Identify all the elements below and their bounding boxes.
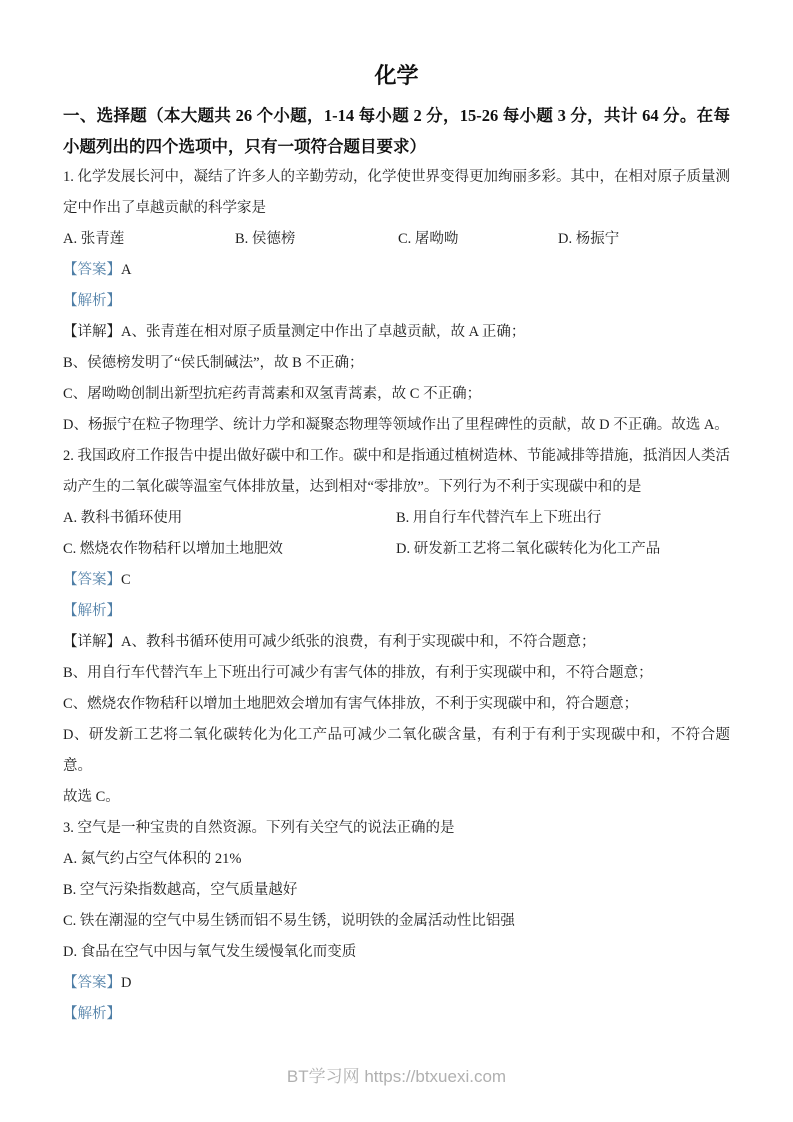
- section-header-choice-questions: 一、选择题（本大题共 26 个小题，1-14 每小题 2 分，15-26 每小题…: [63, 100, 730, 162]
- document-content: 一、选择题（本大题共 26 个小题，1-14 每小题 2 分，15-26 每小题…: [63, 100, 730, 1030]
- question-3-answer: 【答案】D: [63, 968, 730, 999]
- answer-value: D: [121, 975, 131, 991]
- answer-value: C: [121, 572, 131, 588]
- option-item: C. 燃烧农作物秸秆以增加土地肥效: [63, 534, 396, 565]
- option-item: D. 杨振宁: [558, 224, 730, 255]
- question-1-options: A. 张青莲B. 侯德榜C. 屠呦呦D. 杨振宁: [63, 224, 730, 255]
- document-title: 化学: [63, 58, 730, 94]
- answer-label: 【答案】: [63, 572, 121, 588]
- question-3-stem: 3. 空气是一种宝贵的自然资源。下列有关空气的说法正确的是: [63, 813, 730, 844]
- question-2-analysis: 【解析】: [63, 596, 730, 627]
- analysis-label: 【解析】: [63, 603, 121, 619]
- question-2-detail-b: B、用自行车代替汽车上下班出行可减少有害气体的排放，有利于实现碳中和，不符合题意…: [63, 658, 730, 689]
- question-2-detail-d: D、研发新工艺将二氧化碳转化为化工产品可减少二氧化碳含量，有利于有利于实现碳中和…: [63, 720, 730, 782]
- question-3-option-d: D. 食品在空气中因与氧气发生缓慢氧化而变质: [63, 937, 730, 968]
- question-2-options-ab: A. 教科书循环使用B. 用自行车代替汽车上下班出行: [63, 503, 730, 534]
- question-2-detail-a: 【详解】A、教科书循环使用可减少纸张的浪费，有利于实现碳中和，不符合题意；: [63, 627, 730, 658]
- question-3-option-c: C. 铁在潮湿的空气中易生锈而铝不易生锈，说明铁的金属活动性比铝强: [63, 906, 730, 937]
- question-2-answer: 【答案】C: [63, 565, 730, 596]
- watermark-text: BT学习网 https://btxuexi.com: [287, 1067, 506, 1086]
- analysis-label: 【解析】: [63, 1006, 121, 1022]
- option-item: C. 屠呦呦: [398, 224, 558, 255]
- option-item: B. 用自行车代替汽车上下班出行: [396, 503, 730, 534]
- question-1-detail-b: B、侯德榜发明了“侯氏制碱法”，故 B 不正确；: [63, 348, 730, 379]
- question-3-option-b: B. 空气污染指数越高，空气质量越好: [63, 875, 730, 906]
- question-2-detail-conclusion: 故选 C。: [63, 782, 730, 813]
- answer-label: 【答案】: [63, 975, 121, 991]
- question-3-analysis: 【解析】: [63, 999, 730, 1030]
- question-1-detail-c: C、屠呦呦创制出新型抗疟药青蒿素和双氢青蒿素，故 C 不正确；: [63, 379, 730, 410]
- option-item: D. 研发新工艺将二氧化碳转化为化工产品: [396, 534, 730, 565]
- answer-label: 【答案】: [63, 262, 121, 278]
- option-item: A. 教科书循环使用: [63, 503, 396, 534]
- question-3-option-a: A. 氮气约占空气体积的 21%: [63, 844, 730, 875]
- question-1-stem: 1. 化学发展长河中，凝结了许多人的辛勤劳动，化学使世界变得更加绚丽多彩。其中，…: [63, 162, 730, 224]
- analysis-label: 【解析】: [63, 293, 121, 309]
- question-1-analysis: 【解析】: [63, 286, 730, 317]
- question-2-options-cd: C. 燃烧农作物秸秆以增加土地肥效D. 研发新工艺将二氧化碳转化为化工产品: [63, 534, 730, 565]
- option-item: A. 张青莲: [63, 224, 235, 255]
- question-1-detail-a: 【详解】A、张青莲在相对原子质量测定中作出了卓越贡献，故 A 正确；: [63, 317, 730, 348]
- question-2-detail-c: C、燃烧农作物秸秆以增加土地肥效会增加有害气体排放，不利于实现碳中和，符合题意；: [63, 689, 730, 720]
- question-2-stem: 2. 我国政府工作报告中提出做好碳中和工作。碳中和是指通过植树造林、节能减排等措…: [63, 441, 730, 503]
- option-item: B. 侯德榜: [235, 224, 398, 255]
- watermark-footer: BT学习网 https://btxuexi.com: [0, 1062, 793, 1087]
- answer-value: A: [121, 262, 131, 278]
- question-1-detail-d: D、杨振宁在粒子物理学、统计力学和凝聚态物理等领域作出了里程碑性的贡献，故 D …: [63, 410, 730, 441]
- document-page: 化学 一、选择题（本大题共 26 个小题，1-14 每小题 2 分，15-26 …: [0, 0, 793, 1122]
- question-1-answer: 【答案】A: [63, 255, 730, 286]
